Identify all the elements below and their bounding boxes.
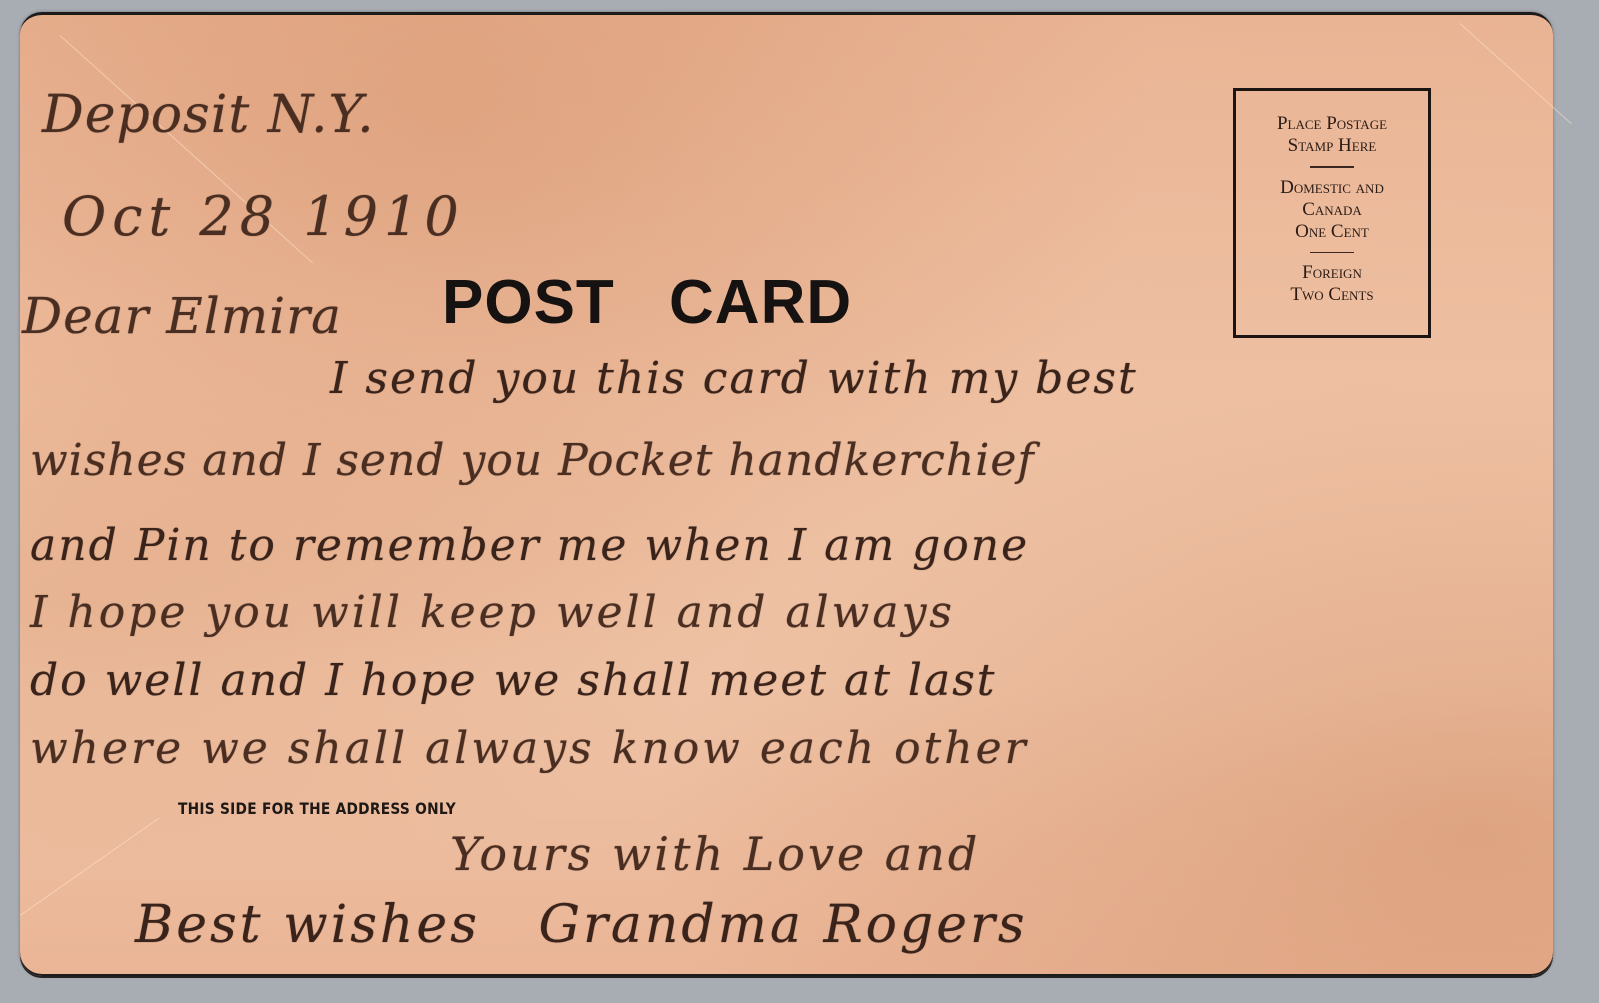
handwritten-closing: Yours with Love and [450, 827, 980, 881]
postcard-title: POST CARD [442, 267, 852, 338]
stamp-instruction-2: Stamp Here [1236, 135, 1428, 157]
divider [1310, 252, 1354, 254]
domestic-rate-2: Canada [1236, 199, 1428, 221]
domestic-rate-1: Domestic and [1236, 177, 1428, 199]
stamp-box: Place Postage Stamp Here Domestic and Ca… [1233, 88, 1431, 338]
foreign-rate-1: Foreign [1236, 262, 1428, 284]
handwritten-line: where we shall always know each other [30, 723, 1029, 774]
handwritten-line: and Pin to remember me when I am gone [30, 520, 1029, 571]
paper-crease [1460, 23, 1572, 124]
handwritten-salutation: Dear Elmira [22, 287, 342, 345]
divider [1310, 166, 1354, 168]
address-side-notice: THIS SIDE FOR THE ADDRESS ONLY [178, 799, 456, 818]
handwritten-date: Oct 28 1910 [62, 185, 465, 248]
handwritten-line: do well and I hope we shall meet at last [30, 655, 997, 706]
handwritten-line: I send you this card with my best [330, 353, 1138, 404]
postcard: Deposit N.Y. Oct 28 1910 POST CARD Place… [20, 12, 1553, 976]
handwritten-place: Deposit N.Y. [42, 85, 375, 145]
handwritten-line: I hope you will keep well and always [30, 587, 955, 638]
handwritten-line: wishes and I send you Pocket handkerchie… [30, 435, 1035, 486]
stamp-instruction-1: Place Postage [1236, 113, 1428, 135]
handwritten-signature: Best wishes Grandma Rogers [135, 895, 1028, 955]
foreign-rate-2: Two Cents [1236, 284, 1428, 306]
domestic-rate-3: One Cent [1236, 221, 1428, 243]
